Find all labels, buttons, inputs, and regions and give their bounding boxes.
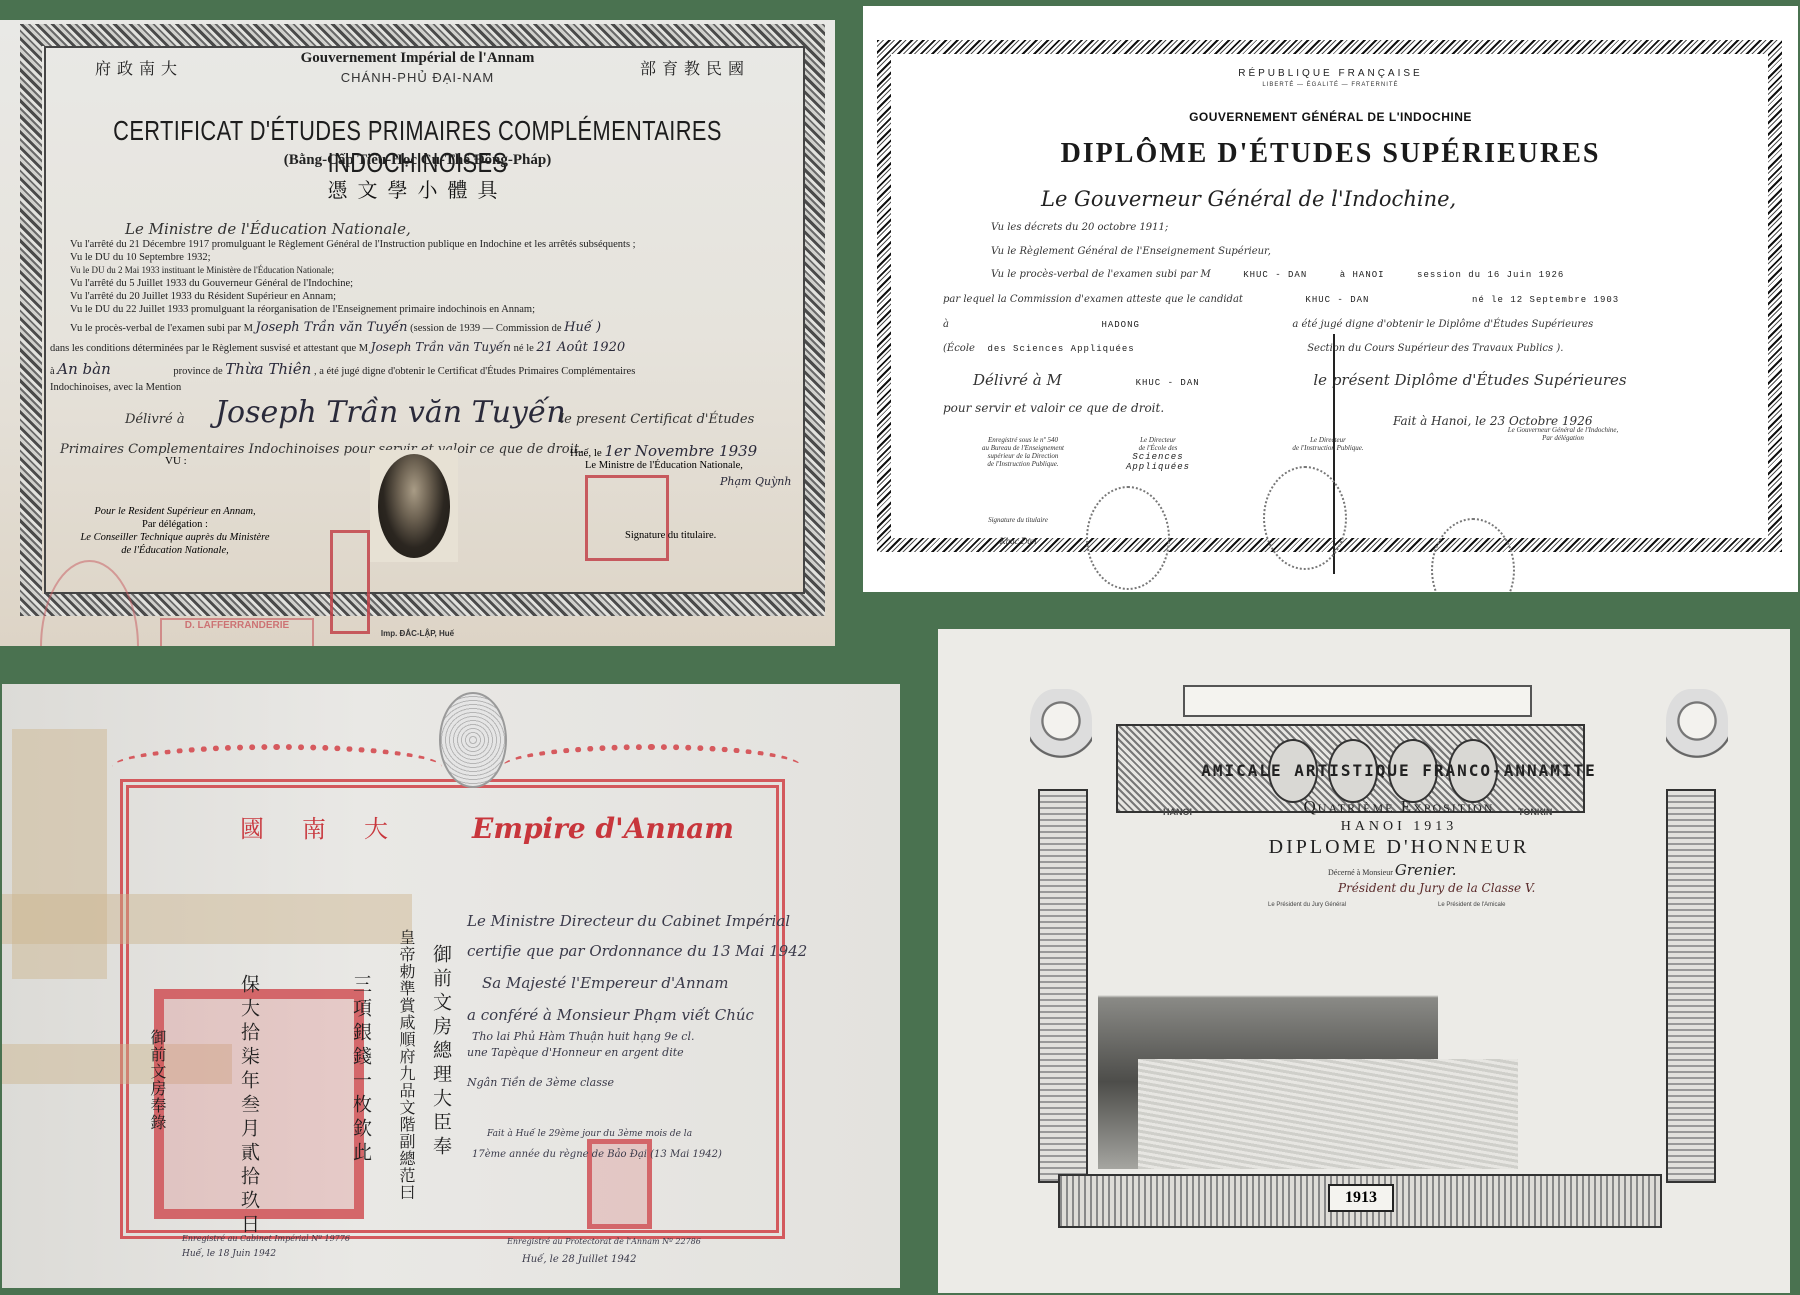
president-amicale-label: Le Président de l'Amicale [1438, 902, 1506, 908]
decree-line: une Tapèque d'Honneur en argent dite [467, 1046, 684, 1059]
delivre-line: Délivré à M KHUC - DAN le présent Diplôm… [973, 371, 1627, 390]
landscape-engraving [1138, 1059, 1518, 1169]
empire-annam-decree-document: 國南大 Empire d'Annam 御前文房總理大臣奉 皇帝勅準賞咸順府九品文… [2, 684, 900, 1288]
directeur-ecole: Le Directeurde l'École desSciences Appli… [1108, 436, 1208, 472]
conditions-line: dans les conditions déterminées par le R… [50, 340, 625, 355]
reglement-line: Vu le Règlement Général de l'Enseignemen… [991, 246, 1271, 257]
decree-line: 17ème année du règne de Bảo Đại (13 Mai … [472, 1149, 722, 1160]
vu-line: Vu l'arrêté du 20 Juillet 1933 du Réside… [70, 290, 636, 303]
delivre-label: Délivré à [125, 412, 185, 427]
round-seal-left [1086, 486, 1170, 590]
resident-block: Pour le Resident Supérieur en Annam, Par… [55, 505, 295, 557]
portrait-photo [370, 450, 458, 562]
round-seal-center [1263, 466, 1347, 570]
dragon-ornament-right [502, 744, 802, 790]
decree-line: Le Ministre Directeur du Cabinet Impéria… [467, 912, 790, 930]
republique-header: RÉPUBLIQUE FRANÇAISE [863, 68, 1798, 79]
vu-label: VU : [165, 455, 187, 467]
chinese-header-right: 部育教民國 [640, 56, 750, 79]
dragon-ornament-left [112, 744, 442, 790]
chinese-column: 皇帝勅準賞咸順府九品文階副總范曰 [394, 929, 417, 1201]
registration-left: Enregistré au Cabinet Impérial Nº 19776 [182, 1234, 350, 1243]
ecole-line: (École des Sciences Appliquées Section d… [943, 343, 1563, 354]
signature-titulaire-label: Signature du titulaire [968, 516, 1068, 524]
gouverneur-signature-block: Le Gouverneur Général de l'Indochine,Par… [1463, 426, 1663, 442]
devise: LIBERTÉ — ÉGALITÉ — FRATERNITÉ [863, 82, 1798, 88]
enregistre-block: Enregistré sous le nº 540au Bureau de l'… [953, 436, 1093, 468]
chinese-column: 御前文房奉錄 [145, 1029, 168, 1131]
chinese-title: 國南大 [240, 809, 426, 844]
vertical-red-stamp [330, 530, 370, 634]
chinese-column: 御前文房總理大臣奉 [427, 944, 454, 1160]
pv-line: Vu le procès-verbal de l'examen subi par… [991, 269, 1564, 280]
diplome-honneur-document: HANOI TONKIN AMICALE ARTISTIQUE FRANCO-A… [938, 629, 1790, 1293]
empire-title: Empire d'Annam [472, 812, 734, 845]
minister-heading: Le Ministre de l'Éducation Nationale, [125, 220, 411, 238]
candidate-name-handwritten: Joseph Trần văn Tuyến [256, 320, 408, 335]
issue-date: Huế, le 1er Novembre 1939 [570, 442, 757, 460]
certificat-etudes-primaires-document: 府政南大 Gouvernement Impérial de l'Annam CH… [0, 20, 835, 646]
recipient-line: a conféré à Monsieur Phạm viết Chúc [467, 1006, 754, 1024]
recipient-name: Grenier. [1395, 861, 1457, 879]
chinese-column: 保大拾柒年叁月貳拾玖日 [235, 974, 262, 1238]
registration-left-date: Huế, le 18 Juin 1942 [182, 1249, 276, 1259]
decree-line: certifie que par Ordonnance du 13 Mai 19… [467, 942, 807, 960]
place-line: à An bàn province de Thừa Thiên , a été … [50, 360, 635, 378]
certificate-subtitle: (Bằng-Cấp Tiểu-Học Cụ-Thể Đông-Pháp) [0, 152, 835, 169]
decree-line: Ngân Tiền de 3ème classe [467, 1076, 614, 1089]
titulaire-signature: Khuc Dan [968, 536, 1068, 546]
registration-right-date: Huế, le 28 Juillet 1942 [522, 1254, 636, 1265]
vu-line: Vu l'arrêté du 21 Décembre 1917 promulgu… [70, 238, 636, 251]
recipient-line: Décerné à Monsieur Grenier. [1328, 861, 1457, 879]
printer-imprint: Imp. ĐẮC-LẬP, Huế [0, 629, 835, 638]
diplome-etudes-superieures-document: RÉPUBLIQUE FRANÇAISE LIBERTÉ — ÉGALITÉ —… [863, 6, 1798, 592]
proces-verbal-line: Vu le procès-verbal de l'examen subi par… [70, 320, 601, 335]
legal-references: Vu l'arrêté du 21 Décembre 1917 promulgu… [70, 238, 636, 316]
servir-line: pour servir et valoir ce que de droit. [943, 401, 1164, 415]
society-title: AMICALE ARTISTIQUE FRANCO-ANNAMITE [1058, 761, 1740, 780]
decree-line: Sa Majesté l'Empereur d'Annam [482, 974, 728, 992]
gate-roof [1183, 685, 1532, 717]
decree-line: Fait à Huế le 29ème jour du 3ème mois de… [487, 1129, 692, 1139]
place-line: à HADONG a été jugé digne d'obtenir le D… [943, 319, 1593, 330]
minister-signature-label: Le Ministre de l'Éducation Nationale, [585, 460, 743, 471]
certificate-title-chinese: 憑文學小體具 [0, 174, 835, 203]
vu-line: Vu l'arrêté du 5 Juillet 1933 du Gouvern… [70, 277, 636, 290]
certificate-title: CERTIFICAT D'ÉTUDES PRIMAIRES COMPLÉMENT… [92, 115, 743, 179]
titulaire-signature-label: Signature du titulaire. [625, 530, 716, 541]
exposition-title: Quatrième Exposition [1058, 797, 1740, 817]
recipient-name-handwritten: Joseph Trần văn Tuyến [215, 395, 566, 430]
commission-line: par lequel la Commission d'examen attest… [943, 294, 1619, 305]
gouverneur-heading: Le Gouverneur Général de l'Indochine, [1041, 187, 1456, 211]
lion-statue-left [1030, 689, 1092, 769]
gouvernement-header: GOUVERNEMENT GÉNÉRAL DE L'INDOCHINE [863, 110, 1798, 124]
birth-date-handwritten: 21 Août 1920 [536, 340, 625, 355]
diploma-title: DIPLOME D'HONNEUR [1058, 836, 1740, 859]
present-certificate-label: le present Certificat d'Études [560, 412, 754, 427]
vu-line: Vu le DU du 22 Juillet 1933 promulguant … [70, 303, 636, 316]
diploma-title: DIPLÔME D'ÉTUDES SUPÉRIEURES [863, 138, 1798, 170]
tape-strip [12, 729, 107, 979]
primaires-line: Primaires Complementaires Indochinoises … [60, 442, 583, 457]
red-seal-stamp [585, 475, 669, 561]
vu-line: Vu le DU du 2 Mai 1933 instituant le Min… [70, 264, 636, 277]
directeur-instruction: Le Directeurde l'Instruction Publique. [1263, 436, 1393, 452]
decree-line: Vu les décrets du 20 octobre 1911; [991, 222, 1168, 233]
city-year: HANOI 1913 [1058, 819, 1740, 835]
mention-line: Indochinoises, avec la Mention [50, 382, 181, 393]
minister-signature: Phạm Quỳnh [720, 475, 791, 488]
lion-statue-right [1666, 689, 1728, 769]
base-year-plaque: 1913 [1328, 1184, 1394, 1212]
central-medallion [439, 692, 507, 788]
decree-line: Tho lai Phủ Hàm Thuận huit hạng 9e cl. [472, 1030, 694, 1043]
registration-right: Enregistré au Protectorat de l'Annam Nº … [507, 1237, 701, 1246]
vu-line: Vu le DU du 10 Septembre 1932; [70, 251, 636, 264]
chinese-column: 三項銀錢一枚欽此 [347, 974, 374, 1166]
